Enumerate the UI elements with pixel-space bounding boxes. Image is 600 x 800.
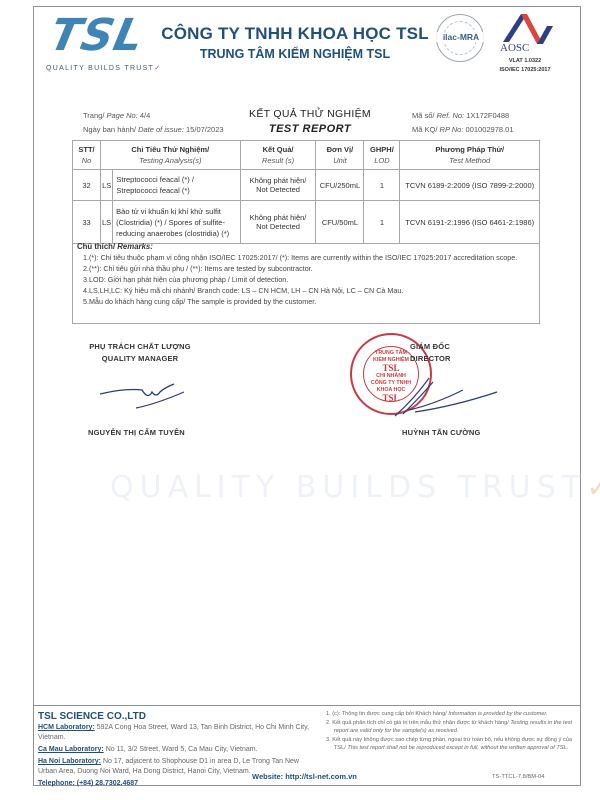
aosc-iso: ISO/IEC 17025:2017 <box>490 67 560 73</box>
remark-item: 5.Mẫu do khách hàng cung cấp/ The sample… <box>77 296 535 307</box>
page-number: Trang/ Page No: 4/4 <box>83 111 150 120</box>
director-signature-icon <box>385 370 505 420</box>
watermark: QUALITY BUILDS TRUST✓ <box>110 470 510 505</box>
remark-item: 1.(*): Chỉ tiêu thuộc phạm vi công nhận … <box>77 252 535 263</box>
logo-tagline: QUALITY BUILDS TRUST✓ <box>46 64 156 72</box>
remark-item: 3.LOD: Giới hạn phát hiện của phương phá… <box>77 274 535 285</box>
results-table: STT/No Chỉ Tiêu Thử Nghiệm/Testing Analy… <box>72 140 540 244</box>
table-header-row: STT/No Chỉ Tiêu Thử Nghiệm/Testing Analy… <box>73 141 540 170</box>
footer-note: 2. Kết quả phân tích chỉ có giá trị trên… <box>326 719 576 735</box>
website-link[interactable]: Website: http://tsl-net.com.vn <box>252 772 357 781</box>
director-block: GIÁM ĐỐC DIRECTOR <box>410 342 470 363</box>
director-role-vn: GIÁM ĐỐC <box>410 342 470 351</box>
row-method: TCVN 6189-2:2009 (ISO 7899-2:2000) <box>400 170 540 201</box>
tsl-logo: TSL QUALITY BUILDS TRUST✓ <box>46 14 156 74</box>
quality-manager-role-en: QUALITY MANAGER <box>80 354 200 363</box>
col-method: Phương Pháp Thử/Test Method <box>400 141 540 170</box>
aosc-vlat: VLAT 1.0322 <box>490 58 560 64</box>
ref-number: Mã số/ Ref. No: 1X172F0488 <box>412 111 509 120</box>
col-no: STT/No <box>73 141 101 170</box>
director-role-en: DIRECTOR <box>410 354 470 363</box>
row-result: Không phát hiện/ Not Detected <box>240 170 316 201</box>
remark-item: 2.(**): Chỉ tiêu gửi nhà thầu phụ / (**)… <box>77 263 535 274</box>
company-header: CÔNG TY TNHH KHOA HỌC TSL TRUNG TÂM KIỂM… <box>160 24 430 61</box>
footer-company: TSL SCIENCE CO.,LTD <box>38 710 313 723</box>
branch-code: LS <box>101 218 112 227</box>
check-icon: ✓ <box>154 65 161 72</box>
check-icon: ✓ <box>586 470 600 505</box>
remarks-title: Chú thích/ Remarks: <box>77 241 535 252</box>
lab-camau: Ca Mau Laboratory: No 11, 3/2 Street, Wa… <box>38 745 313 755</box>
report-title: KẾT QUẢ THỬ NGHIỆM TEST REPORT <box>245 108 375 135</box>
report-title-vn: KẾT QUẢ THỬ NGHIỆM <box>245 108 375 120</box>
form-code: TS-TTCL-7.8/BM-04 <box>492 774 545 780</box>
col-result: Kết Quả/Result (s) <box>240 141 316 170</box>
row-unit: CFU/250mL <box>316 170 364 201</box>
quality-manager-signature-icon <box>96 378 196 418</box>
date-of-issue: Ngày ban hành/ Date of issue: 15/07/2023 <box>83 125 224 134</box>
footer-note: 1. (c): Thông tin được cung cấp bởi Khác… <box>326 710 576 718</box>
rp-number: Mã KQ/ RP No: 001002978.01 <box>412 125 514 134</box>
report-title-en: TEST REPORT <box>245 123 375 135</box>
logo-mark: TSL <box>46 14 165 58</box>
quality-manager-block: PHỤ TRÁCH CHẤT LƯỢNG QUALITY MANAGER <box>80 342 200 363</box>
row-lod: 1 <box>364 170 400 201</box>
footer-note: 3. Kết quả này không được sao chép từng … <box>326 736 576 752</box>
footer-notes: 1. (c): Thông tin được cung cấp bởi Khác… <box>326 710 576 753</box>
quality-manager-name: NGUYỄN THỊ CẨM TUYÊN <box>88 428 185 437</box>
col-analysis: Chỉ Tiêu Thử Nghiệm/Testing Analysis(s) <box>100 141 240 170</box>
branch-code: LS <box>101 181 112 190</box>
company-name: CÔNG TY TNHH KHOA HỌC TSL <box>160 24 430 44</box>
lab-hcm: HCM Laboratory: 592A Cong Hoa Street, Wa… <box>38 723 313 743</box>
table-row: 32 LSStreptococci feacal (*) / Streptoco… <box>73 170 540 201</box>
center-name: TRUNG TÂM KIỂM NGHIỆM TSL <box>160 47 430 61</box>
row-analysis: LSStreptococci feacal (*) / Streptococci… <box>100 170 240 201</box>
row-no: 32 <box>73 170 101 201</box>
director-name: HUỲNH TẤN CƯỜNG <box>402 428 481 437</box>
remarks-box: Chú thích/ Remarks: 1.(*): Chỉ tiêu thuộ… <box>72 238 540 324</box>
col-lod: GHPH/LOD <box>364 141 400 170</box>
quality-manager-role-vn: PHỤ TRÁCH CHẤT LƯỢNG <box>80 342 200 351</box>
col-unit: Đơn Vị/Unit <box>316 141 364 170</box>
footer-divider <box>33 705 581 706</box>
ilac-mra-badge-icon: ilac-MRA <box>436 14 484 62</box>
aosc-accreditation-logo: AOSC VLAT 1.0322 ISO/IEC 17025:2017 <box>490 12 560 82</box>
remark-item: 4.LS,LH,LC: Ký hiệu mã chi nhánh/ Branch… <box>77 285 535 296</box>
aosc-text: AOSC <box>500 42 529 54</box>
ilac-label: ilac-MRA <box>435 32 487 42</box>
